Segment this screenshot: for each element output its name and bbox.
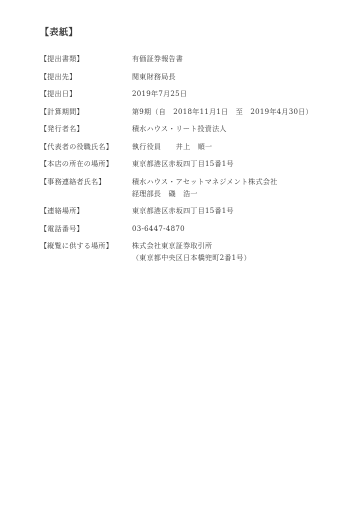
field-label: 【電話番号】 [40, 223, 132, 235]
field-value: 東京都港区赤坂四丁目15番1号 [132, 158, 234, 170]
field-value: 第9期（自 2018年11月1日 至 2019年4月30日） [132, 106, 313, 118]
field-label: 【発行者名】 [40, 123, 132, 135]
row-head-office-address: 【本店の所在の場所】 東京都港区赤坂四丁目15番1号 [40, 158, 336, 170]
field-value: 経理部長 磯 浩一 [132, 188, 278, 200]
field-label: 【代表者の役職氏名】 [40, 141, 132, 153]
field-label: 【事務連絡者氏名】 [40, 176, 132, 188]
field-value: 関東財務局長 [132, 71, 176, 83]
field-label: 【提出先】 [40, 71, 132, 83]
row-submitted-to: 【提出先】 関東財務局長 [40, 71, 336, 83]
field-value: 執行役員 井上 順一 [132, 141, 212, 153]
field-label: 【提出書類】 [40, 53, 132, 65]
row-issuer-name: 【発行者名】 積水ハウス・リート投資法人 [40, 123, 336, 135]
field-label: 【連絡場所】 [40, 205, 132, 217]
page-title: 【表紙】 [40, 27, 336, 39]
field-value: 有価証券報告書 [132, 53, 183, 65]
field-value: 積水ハウス・アセットマネジメント株式会社 [132, 176, 278, 188]
row-public-inspection-place: 【縦覧に供する場所】 株式会社東京証券取引所 （東京都中央区日本橋兜町2番1号） [40, 240, 336, 264]
row-submission-date: 【提出日】 2019年7月25日 [40, 88, 336, 100]
field-value: （東京都中央区日本橋兜町2番1号） [132, 252, 251, 264]
field-value: 2019年7月25日 [132, 88, 187, 100]
row-contact-address: 【連絡場所】 東京都港区赤坂四丁目15番1号 [40, 205, 336, 217]
row-calculation-period: 【計算期間】 第9期（自 2018年11月1日 至 2019年4月30日） [40, 106, 336, 118]
field-value: 東京都港区赤坂四丁目15番1号 [132, 205, 234, 217]
field-value: 03-6447-4870 [132, 223, 185, 235]
field-label: 【本店の所在の場所】 [40, 158, 132, 170]
row-administrative-contact: 【事務連絡者氏名】 積水ハウス・アセットマネジメント株式会社 経理部長 磯 浩一 [40, 176, 336, 200]
field-value: 積水ハウス・リート投資法人 [132, 123, 227, 135]
row-phone-number: 【電話番号】 03-6447-4870 [40, 223, 336, 235]
row-submitted-document: 【提出書類】 有価証券報告書 [40, 53, 336, 65]
field-value: 株式会社東京証券取引所 [132, 240, 251, 252]
row-representative-title-name: 【代表者の役職氏名】 執行役員 井上 順一 [40, 141, 336, 153]
document-page: 【表紙】 【提出書類】 有価証券報告書 【提出先】 関東財務局長 【提出日】 2… [0, 0, 362, 512]
field-label: 【提出日】 [40, 88, 132, 100]
field-label: 【計算期間】 [40, 106, 132, 118]
field-label: 【縦覧に供する場所】 [40, 240, 132, 252]
